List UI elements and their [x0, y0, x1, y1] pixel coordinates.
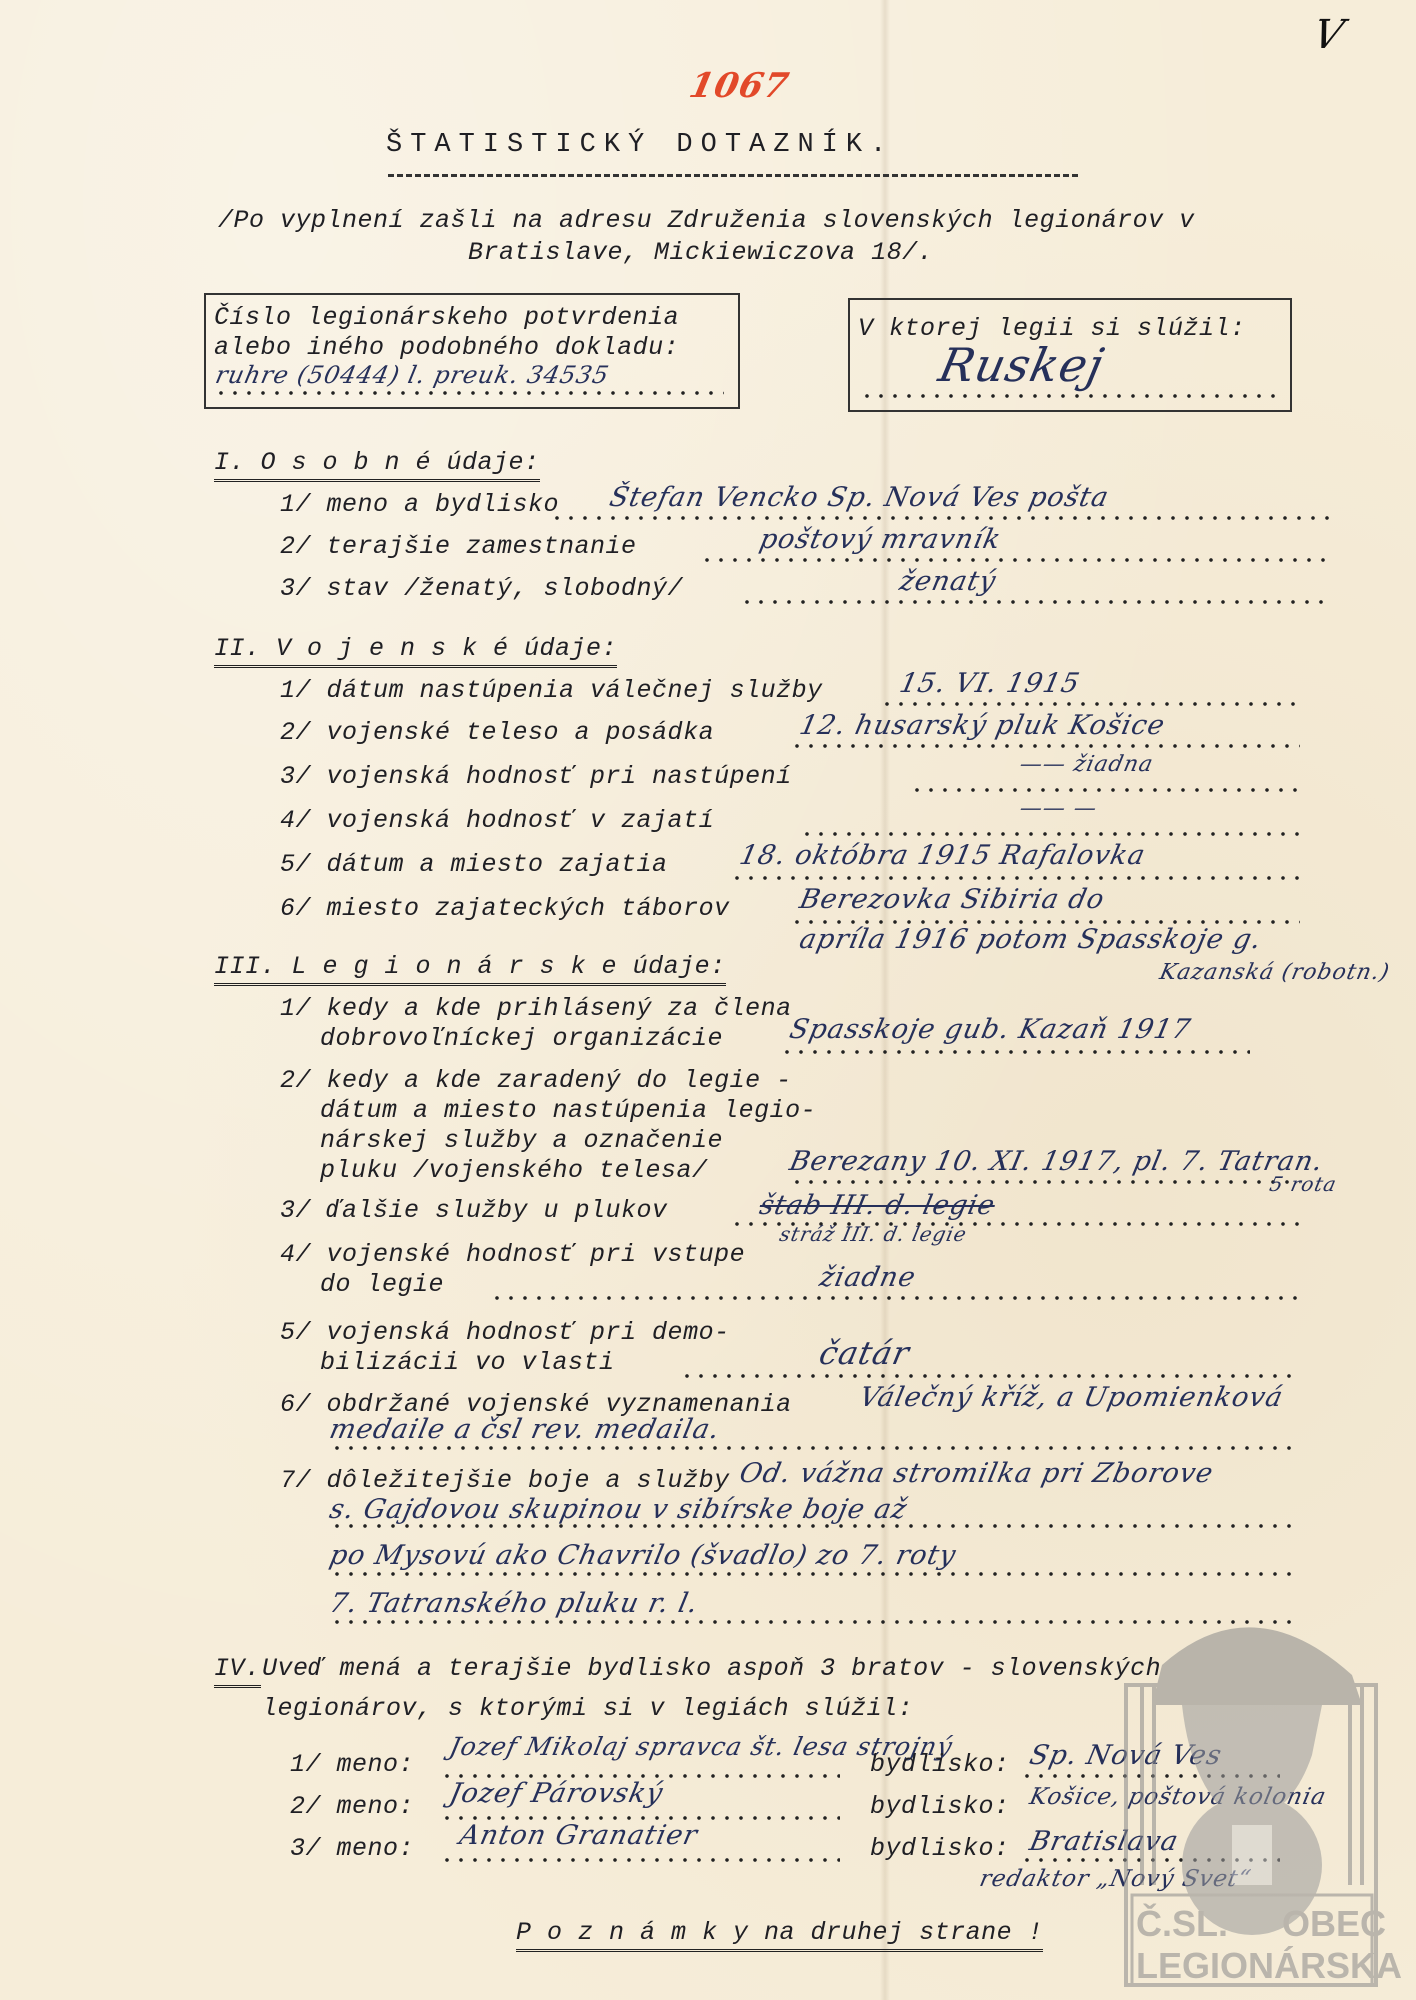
legion-watermark-logo: Č.SL. OBEC LEGIONÁRSKA	[1122, 1595, 1382, 1990]
rank-demobilization-value: čatár	[816, 1334, 913, 1372]
comrade-2-name: Jozef Párovský	[447, 1778, 666, 1809]
section-1-heading: I. O s o b n é údaje:	[214, 448, 540, 482]
legion-box: V ktorej legii si slúžil: Ruskej	[848, 298, 1292, 412]
dotted-leader	[790, 744, 1300, 748]
dotted-leader	[740, 600, 1330, 604]
section-3-heading: III. L e g i o n á r s k e údaje:	[214, 952, 726, 986]
section-4-heading-2: legionárov, s ktorými si v legiách slúži…	[262, 1694, 913, 1723]
battles-value: Od. vážna stromilka pri Zborove	[737, 1458, 1217, 1489]
battles-value-4: 7. Tatranského pluku r. l.	[327, 1588, 702, 1619]
legion-enlistment-value: Berezany 10. XI. 1917, pl. 7. Tatran.	[787, 1146, 1327, 1177]
field-label: 5/ vojenská hodnosť pri demo-	[280, 1318, 730, 1347]
comrade-1-label: 1/ meno:	[290, 1750, 414, 1779]
dotted-leader	[880, 702, 1300, 706]
field-label: 1/ meno a bydlisko	[280, 490, 559, 519]
field-label-cont: dátum a miesto nastúpenia legio-	[320, 1096, 816, 1125]
dotted-leader	[440, 1858, 840, 1862]
archive-number-red: 1067	[686, 66, 793, 106]
dotted-leader	[910, 788, 1300, 792]
section-2-heading: II. V o j e n s k é údaje:	[214, 634, 617, 668]
comrade-2-residence-label: bydlisko:	[870, 1792, 1010, 1821]
pow-camps-value-2: apríla 1916 potom Spasskoje g.	[797, 924, 1265, 955]
watermark-text-2: LEGIONÁRSKA	[1136, 1945, 1402, 1987]
watermark-text-1b: OBEC	[1282, 1903, 1386, 1945]
decorations-value: Válečný kříž, a Upomienková	[857, 1382, 1287, 1413]
field-label-cont: bilizácii vo vlasti	[320, 1348, 615, 1377]
further-service-struck-value: štab III. d. legie	[757, 1190, 998, 1221]
certificate-number-value: ruhre (50444) l. preuk. 34535	[213, 361, 612, 389]
dotted-leader	[780, 1050, 1250, 1054]
dotted-leader	[680, 1374, 1300, 1378]
certificate-number-box: Číslo legionárskeho potvrdenia alebo iné…	[204, 293, 740, 409]
dotted-leader	[330, 1572, 1300, 1576]
certificate-label-2: alebo iného podobného dokladu:	[214, 333, 679, 362]
comrade-2-label: 2/ meno:	[290, 1792, 414, 1821]
field-label: 2/ terajšie zamestnanie	[280, 532, 637, 561]
field-label: 6/ miesto zajateckých táborov	[280, 894, 730, 923]
instruction-line-2: Bratislave, Mickiewiczova 18/.	[468, 238, 933, 267]
field-label: 5/ dátum a miesto zajatia	[280, 850, 668, 879]
battles-value-3: po Mysovú ako Chavrilo (švadlo) zo 7. ro…	[327, 1540, 959, 1571]
comrade-3-label: 3/ meno:	[290, 1834, 414, 1863]
dotted-leader	[860, 394, 1280, 398]
field-label: 3/ ďalšie služby u plukov	[280, 1196, 668, 1225]
field-label-cont: dobrovoľníckej organizácie	[320, 1024, 723, 1053]
dotted-leader	[550, 516, 1330, 520]
dotted-leader	[730, 876, 1300, 880]
legion-value: Ruskej	[934, 338, 1109, 392]
dotted-leader	[330, 1446, 1300, 1450]
marital-status-value: ženatý	[897, 566, 999, 597]
certificate-label-1: Číslo legionárskeho potvrdenia	[214, 303, 679, 332]
military-unit-value: 12. husarský pluk Košice	[797, 710, 1168, 741]
field-label: 1/ dátum nastúpenia válečnej služby	[280, 676, 823, 705]
field-label: 3/ vojenská hodnosť pri nastúpení	[280, 762, 792, 791]
dotted-leader	[214, 391, 724, 395]
field-label-cont: nárskej služby a označenie	[320, 1126, 723, 1155]
corner-check-mark: V	[1309, 12, 1349, 58]
watermark-text-1: Č.SL.	[1136, 1903, 1228, 1945]
pow-camps-value: Berezovka Sibiria do	[797, 884, 1108, 915]
instruction-line-1: /Po vyplnení zašli na adresu Združenia s…	[218, 206, 1195, 235]
rank-legion-entry-value: žiadne	[817, 1262, 919, 1293]
footer-note: P o z n á m k y na druhej strane !	[516, 1918, 1043, 1952]
title-underline	[388, 174, 1078, 177]
name-and-residence-value: Štefan Vencko Sp. Nová Ves pošta	[607, 482, 1112, 513]
decorations-value-2: medaile a čsl rev. medaila.	[327, 1414, 723, 1445]
dotted-leader	[800, 832, 1300, 836]
field-label: 1/ kedy a kde prihlásený za člena	[280, 994, 792, 1023]
field-label: 4/ vojenské hodnosť pri vstupe	[280, 1240, 745, 1269]
occupation-value: poštový mravník	[757, 524, 1004, 555]
pow-camps-value-3: Kazanská (robotn.)	[1157, 960, 1392, 985]
dotted-leader	[700, 558, 1330, 562]
comrade-3-name: Anton Granatier	[457, 1820, 701, 1851]
field-label: 2/ vojenské teleso a posádka	[280, 718, 714, 747]
field-label: 2/ kedy a kde zaradený do legie -	[280, 1066, 792, 1095]
capture-date-place-value: 18. októbra 1915 Rafalovka	[737, 840, 1149, 871]
battles-value-2: s. Gajdovou skupinou v sibírske boje až	[327, 1494, 911, 1525]
field-label-cont: pluku /vojenského telesa/	[320, 1156, 708, 1185]
dotted-leader	[790, 1180, 1300, 1184]
legion-enlistment-value-2: 5 rota	[1267, 1172, 1339, 1196]
comrade-1-residence-label: bydlisko:	[870, 1750, 1010, 1779]
service-start-date-value: 15. VI. 1915	[897, 668, 1083, 699]
dotted-leader	[490, 1296, 1300, 1300]
rank-at-enlistment-value: —— žiadna	[1017, 752, 1155, 777]
comrade-3-residence-label: bydlisko:	[870, 1834, 1010, 1863]
section-4-number: IV.	[214, 1654, 261, 1688]
rank-in-captivity-value: —— —	[1017, 796, 1099, 821]
field-label: 3/ stav /ženatý, slobodný/	[280, 574, 683, 603]
further-service-value: stráž III. d. legie	[777, 1222, 969, 1246]
field-label: 7/ dôležitejšie boje a služby	[280, 1466, 730, 1495]
volunteer-org-value: Spasskoje gub. Kazaň 1917	[787, 1014, 1194, 1045]
page-title: ŠTATISTICKÝ DOTAZNÍK.	[386, 130, 894, 160]
field-label: 4/ vojenská hodnosť v zajatí	[280, 806, 714, 835]
field-label-cont: do legie	[320, 1270, 444, 1299]
section-4-heading-1: Uveď mená a terajšie bydlisko aspoň 3 br…	[262, 1654, 1161, 1683]
